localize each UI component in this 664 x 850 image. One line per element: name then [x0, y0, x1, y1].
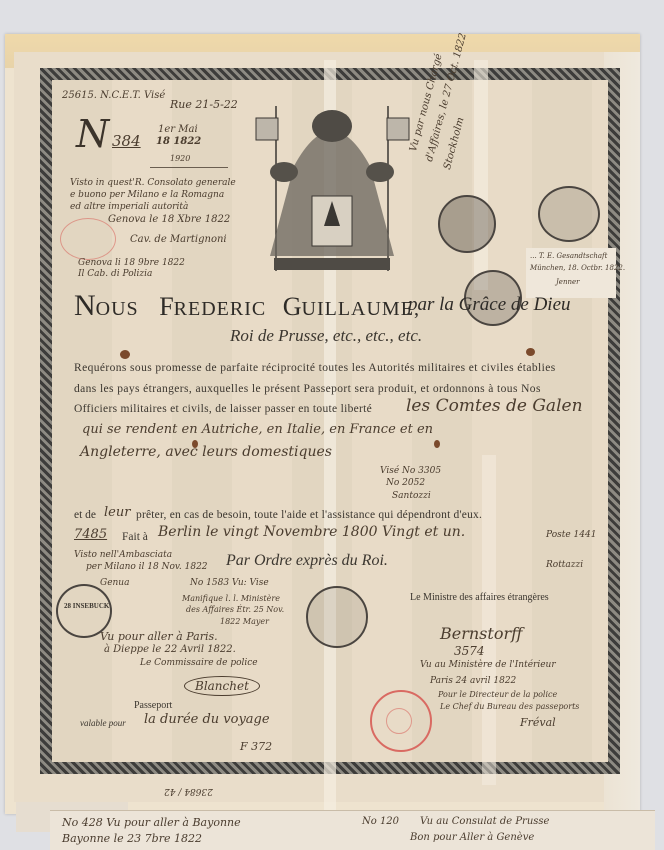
red-stamp-inner [386, 708, 412, 734]
title-subtitle: Roi de Prusse, etc., etc., etc. [230, 326, 422, 346]
left-visa2-line2: Il Cab. di Polizia [78, 269, 152, 279]
note-name: Santozzi [392, 491, 431, 501]
note-number2: No 2052 [386, 478, 425, 488]
valid-for-label: valable pour [80, 718, 126, 728]
body-line6-hand: leur [104, 505, 130, 520]
paris-visa-line1: Vu pour aller à Paris. [100, 630, 218, 643]
consulate-visa-number: No 120 [362, 816, 399, 827]
fee-amount: F 372 [240, 740, 272, 753]
registration-number: 7485 [74, 527, 107, 542]
paris-visa-line3: Le Commissaire de police [140, 658, 258, 668]
passport-label: Passeport [134, 700, 172, 711]
left-visa-line1: Visto in quest'R. Consolato generale [70, 178, 236, 188]
top-registration-note: 25615. N.C.E.T. Visé [62, 90, 165, 101]
ink-stain [120, 350, 130, 359]
ink-stain [526, 348, 535, 356]
body-line6-start: et de [74, 509, 96, 521]
left-lower-line4: Manifique l. l. Ministère [182, 594, 280, 603]
left-lower-line2: per Milano il 18 Nov. 1822 [86, 562, 208, 572]
right-patch-line2: München, 18. Octbr. 1822. [530, 264, 625, 272]
interior-visa-line1: Vu au Ministère de l'Intérieur [420, 660, 556, 670]
rhs-post-number: Poste 1441 [546, 530, 596, 540]
ministry-seal [306, 586, 368, 648]
left-visa2-line1: Genova li 18 9bre 1822 [78, 258, 185, 268]
consulate-visa-line1: Vu au Consulat de Prusse [420, 816, 549, 827]
left-lower-line3: Genua [100, 578, 129, 588]
fait-a-label: Fait à [122, 531, 148, 543]
minister-signature: Bernstorff [440, 624, 522, 643]
minister-number: 3574 [454, 644, 485, 658]
black-round-stamp [438, 195, 496, 253]
left-visa-line4: Genova le 18 Xbre 1822 [108, 214, 230, 225]
right-patch-line1: ... T. E. Gesandtschaft [530, 252, 607, 260]
paris-visa-line2: à Dieppe le 22 Avril 1822. [104, 644, 236, 655]
passport-number: 384 [112, 132, 141, 150]
body-line3-print: Officiers militaires et civils, de laiss… [74, 403, 372, 415]
rhs-signature: Rottazzi [546, 560, 583, 570]
header-rule [150, 167, 228, 168]
right-patch-signature: Jenner [556, 278, 579, 286]
interior-visa-line3: Pour le Directeur de la police [438, 690, 557, 699]
left-lower-line6: 1822 Mayer [220, 617, 269, 626]
validity-period: la durée du voyage [144, 712, 270, 727]
paris-visa-signature: Blanchet [184, 676, 260, 696]
body-line1: Requérons sous promesse de parfaite réci… [74, 362, 556, 374]
vise-number: Visé No 3305 [380, 466, 441, 476]
consulate-visa-line2: Bon pour Aller à Genève [410, 832, 534, 843]
faded-round-stamp [538, 186, 600, 242]
minister-label: Le Ministre des affaires étrangères [410, 592, 549, 603]
interior-visa-line4: Le Chef du Bureau des passeports [440, 702, 579, 711]
left-lower-line1: Visto nell'Ambasciata [74, 550, 172, 560]
small-code: 1920 [170, 154, 190, 163]
title-grace: par la Grâce de Dieu [408, 294, 571, 316]
red-consular-stamp [60, 218, 116, 260]
left-visa-line3: ed altre imperiali autorità [70, 202, 188, 212]
bayonne-visa-line1: No 428 Vu pour aller à Bayonne [62, 816, 241, 829]
fold-tape-lower-right [482, 455, 496, 785]
ink-stain [434, 440, 440, 448]
traveller-names: les Comtes de Galen [406, 396, 583, 416]
issue-place-date: Berlin le vingt Novembre 1800 Vingt et u… [158, 524, 465, 540]
companions: Angleterre, avec leurs domestiques [80, 444, 332, 460]
body-line2: dans les pays étrangers, auxquelles le p… [74, 383, 541, 395]
left-visa-line2: e buono per Milano e la Romagna [70, 190, 224, 200]
interior-visa-signature: Fréval [520, 716, 556, 729]
number-prefix: N [76, 112, 109, 156]
bayonne-visa-line2: Bayonne le 23 7bre 1822 [62, 832, 202, 845]
left-lower-no: No 1583 Vu: Vise [190, 578, 269, 588]
fold-tape-upper-right [474, 60, 488, 290]
royal-coat-of-arms-emblem [254, 96, 410, 282]
upside-down-note: 23684 / 42 [164, 786, 213, 796]
royal-order: Par Ordre exprès du Roi. [226, 552, 388, 570]
destinations: qui se rendent en Autriche, en Italie, e… [82, 422, 433, 437]
body-line6-end: prêter, en cas de besoin, toute l'aide e… [136, 509, 482, 521]
date-line: Rue 21-5-22 [170, 98, 238, 111]
year-stamp: 18 1822 [156, 136, 201, 147]
police-stamp-text: 28 INSEBUCK [64, 602, 109, 610]
left-lower-line5: des Affaires Étr. 25 Nov. [186, 605, 284, 614]
interior-visa-line2: Paris 24 avril 1822 [430, 676, 516, 686]
document-title: NOUS FREDERIC GUILLAUME, [74, 286, 420, 324]
left-visa-signature: Cav. de Martignoni [130, 234, 227, 245]
mai-note: 1er Mai [158, 124, 198, 135]
ink-stain [192, 440, 198, 448]
